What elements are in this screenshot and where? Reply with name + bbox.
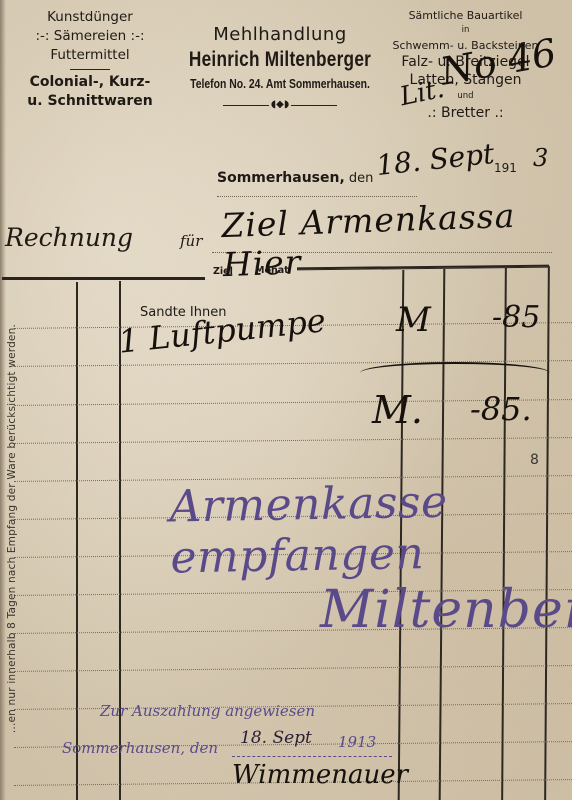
- payment-stamp-line2: Sommerhausen, den: [62, 739, 218, 757]
- violet-signature: Miltenberger: [320, 580, 572, 640]
- ziel-label: Ziel: [213, 266, 233, 277]
- company-name: Heinrich Miltenberger: [186, 46, 375, 74]
- ornament-icon: ◖◆◗: [271, 100, 289, 110]
- monat-label: Monat: [255, 265, 289, 276]
- handwritten-currency: M: [396, 300, 431, 340]
- ornament-divider: ◖◆◗: [165, 100, 395, 110]
- invoice-title: Rechnung: [5, 223, 133, 252]
- year-prefix: 191: [494, 161, 517, 175]
- den-label: den: [349, 171, 374, 186]
- ornament-line: [291, 105, 337, 106]
- handwritten-amount: -85: [492, 300, 540, 335]
- stamp-date-line: [232, 756, 392, 757]
- column-line: [76, 282, 78, 800]
- payment-terms-note: ...en nur innerhalb 8 Tagen nach Empfang…: [6, 324, 18, 784]
- header-left-goods: Kunstdünger :-: Sämereien :-: Futtermitt…: [6, 8, 174, 111]
- handwritten-total-amount: -85.: [470, 390, 532, 428]
- stamp-handwritten-date: 18. Sept: [240, 728, 312, 748]
- violet-receipt-note: Armenkasse empfangen: [169, 474, 572, 583]
- goods-line: Colonial-, Kurz-: [6, 73, 174, 92]
- handwritten-total-currency: M.: [372, 388, 423, 432]
- divider: [70, 69, 110, 70]
- goods-line: :-: Sämereien :-:: [6, 27, 174, 46]
- goods-line: u. Schnittwaren: [6, 92, 174, 111]
- payment-stamp-line1: Zur Auszahlung angewiesen: [100, 702, 315, 720]
- building-line: Sämtliche Bauartikel: [378, 8, 553, 23]
- place-name: Sommerhausen,: [217, 170, 345, 186]
- goods-line: Futtermittel: [6, 46, 174, 65]
- letterhead: Mehlhandlung Heinrich Miltenberger Telef…: [165, 24, 395, 110]
- approver-signature: Wimmenauer: [232, 760, 408, 790]
- sum-underline: [360, 362, 550, 384]
- trade-name: Mehlhandlung: [165, 24, 395, 46]
- date-field: [217, 196, 417, 197]
- stamp-year: 1913: [338, 733, 376, 751]
- handwritten-year-digit: 3: [533, 144, 548, 172]
- corner-mark: 8: [530, 452, 539, 468]
- terms-bar-left: [2, 277, 205, 280]
- phone-line: Telefon No. 24. Amt Sommerhausen.: [188, 74, 372, 94]
- goods-line: Kunstdünger: [6, 8, 174, 27]
- for-label: für: [180, 232, 202, 250]
- ornament-line: [223, 105, 269, 106]
